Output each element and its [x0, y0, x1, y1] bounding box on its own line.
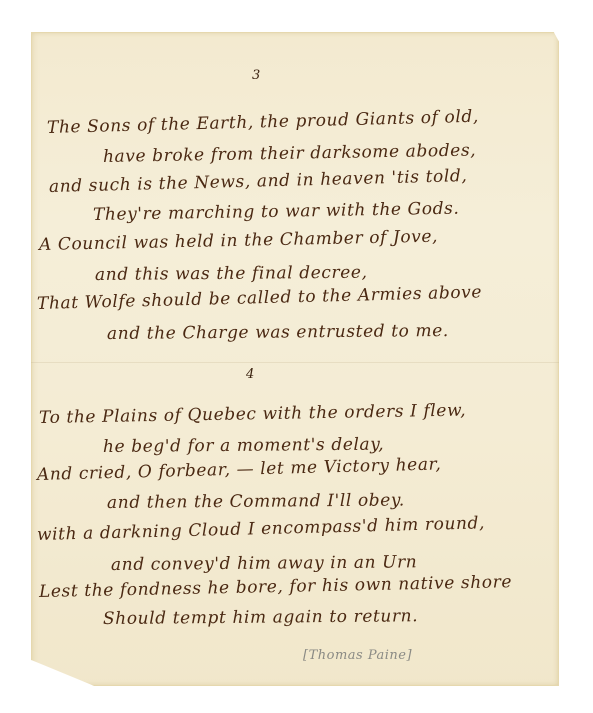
verse-line: That Wolfe should be called to the Armie…: [37, 282, 483, 314]
verse-line: and then the Command I'll obey.: [107, 490, 405, 513]
verse-line: with a darkning Cloud I encompass'd him …: [37, 513, 486, 545]
manuscript-page: 3 The Sons of the Earth, the proud Giant…: [31, 32, 559, 686]
verse-line: and such is the News, and in heaven 'tis…: [49, 166, 468, 197]
verse-line: and this was the final decree,: [95, 263, 368, 285]
fold-crease: [31, 362, 559, 363]
verse-line: A Council was held in the Chamber of Jov…: [39, 227, 438, 255]
verse-line: and the Charge was entrusted to me.: [107, 321, 449, 344]
verse-line: have broke from their darksome abodes,: [103, 140, 477, 167]
verse-line: Lest the fondness he bore, for his own n…: [39, 572, 512, 602]
verse-line: he beg'd for a moment's delay,: [103, 435, 384, 457]
pencil-attribution: [Thomas Paine]: [303, 648, 412, 663]
stanza-number: 3: [252, 68, 260, 83]
verse-line: and convey'd him away in an Urn: [111, 552, 417, 575]
verse-line: And cried, O forbear, — let me Victory h…: [37, 454, 442, 485]
stanza-number: 4: [246, 367, 254, 382]
verse-line: The Sons of the Earth, the proud Giants …: [47, 107, 479, 138]
verse-line: Should tempt him again to return.: [103, 606, 418, 629]
verse-line: To the Plains of Quebec with the orders …: [39, 401, 466, 428]
verse-line: They're marching to war with the Gods.: [93, 199, 460, 225]
